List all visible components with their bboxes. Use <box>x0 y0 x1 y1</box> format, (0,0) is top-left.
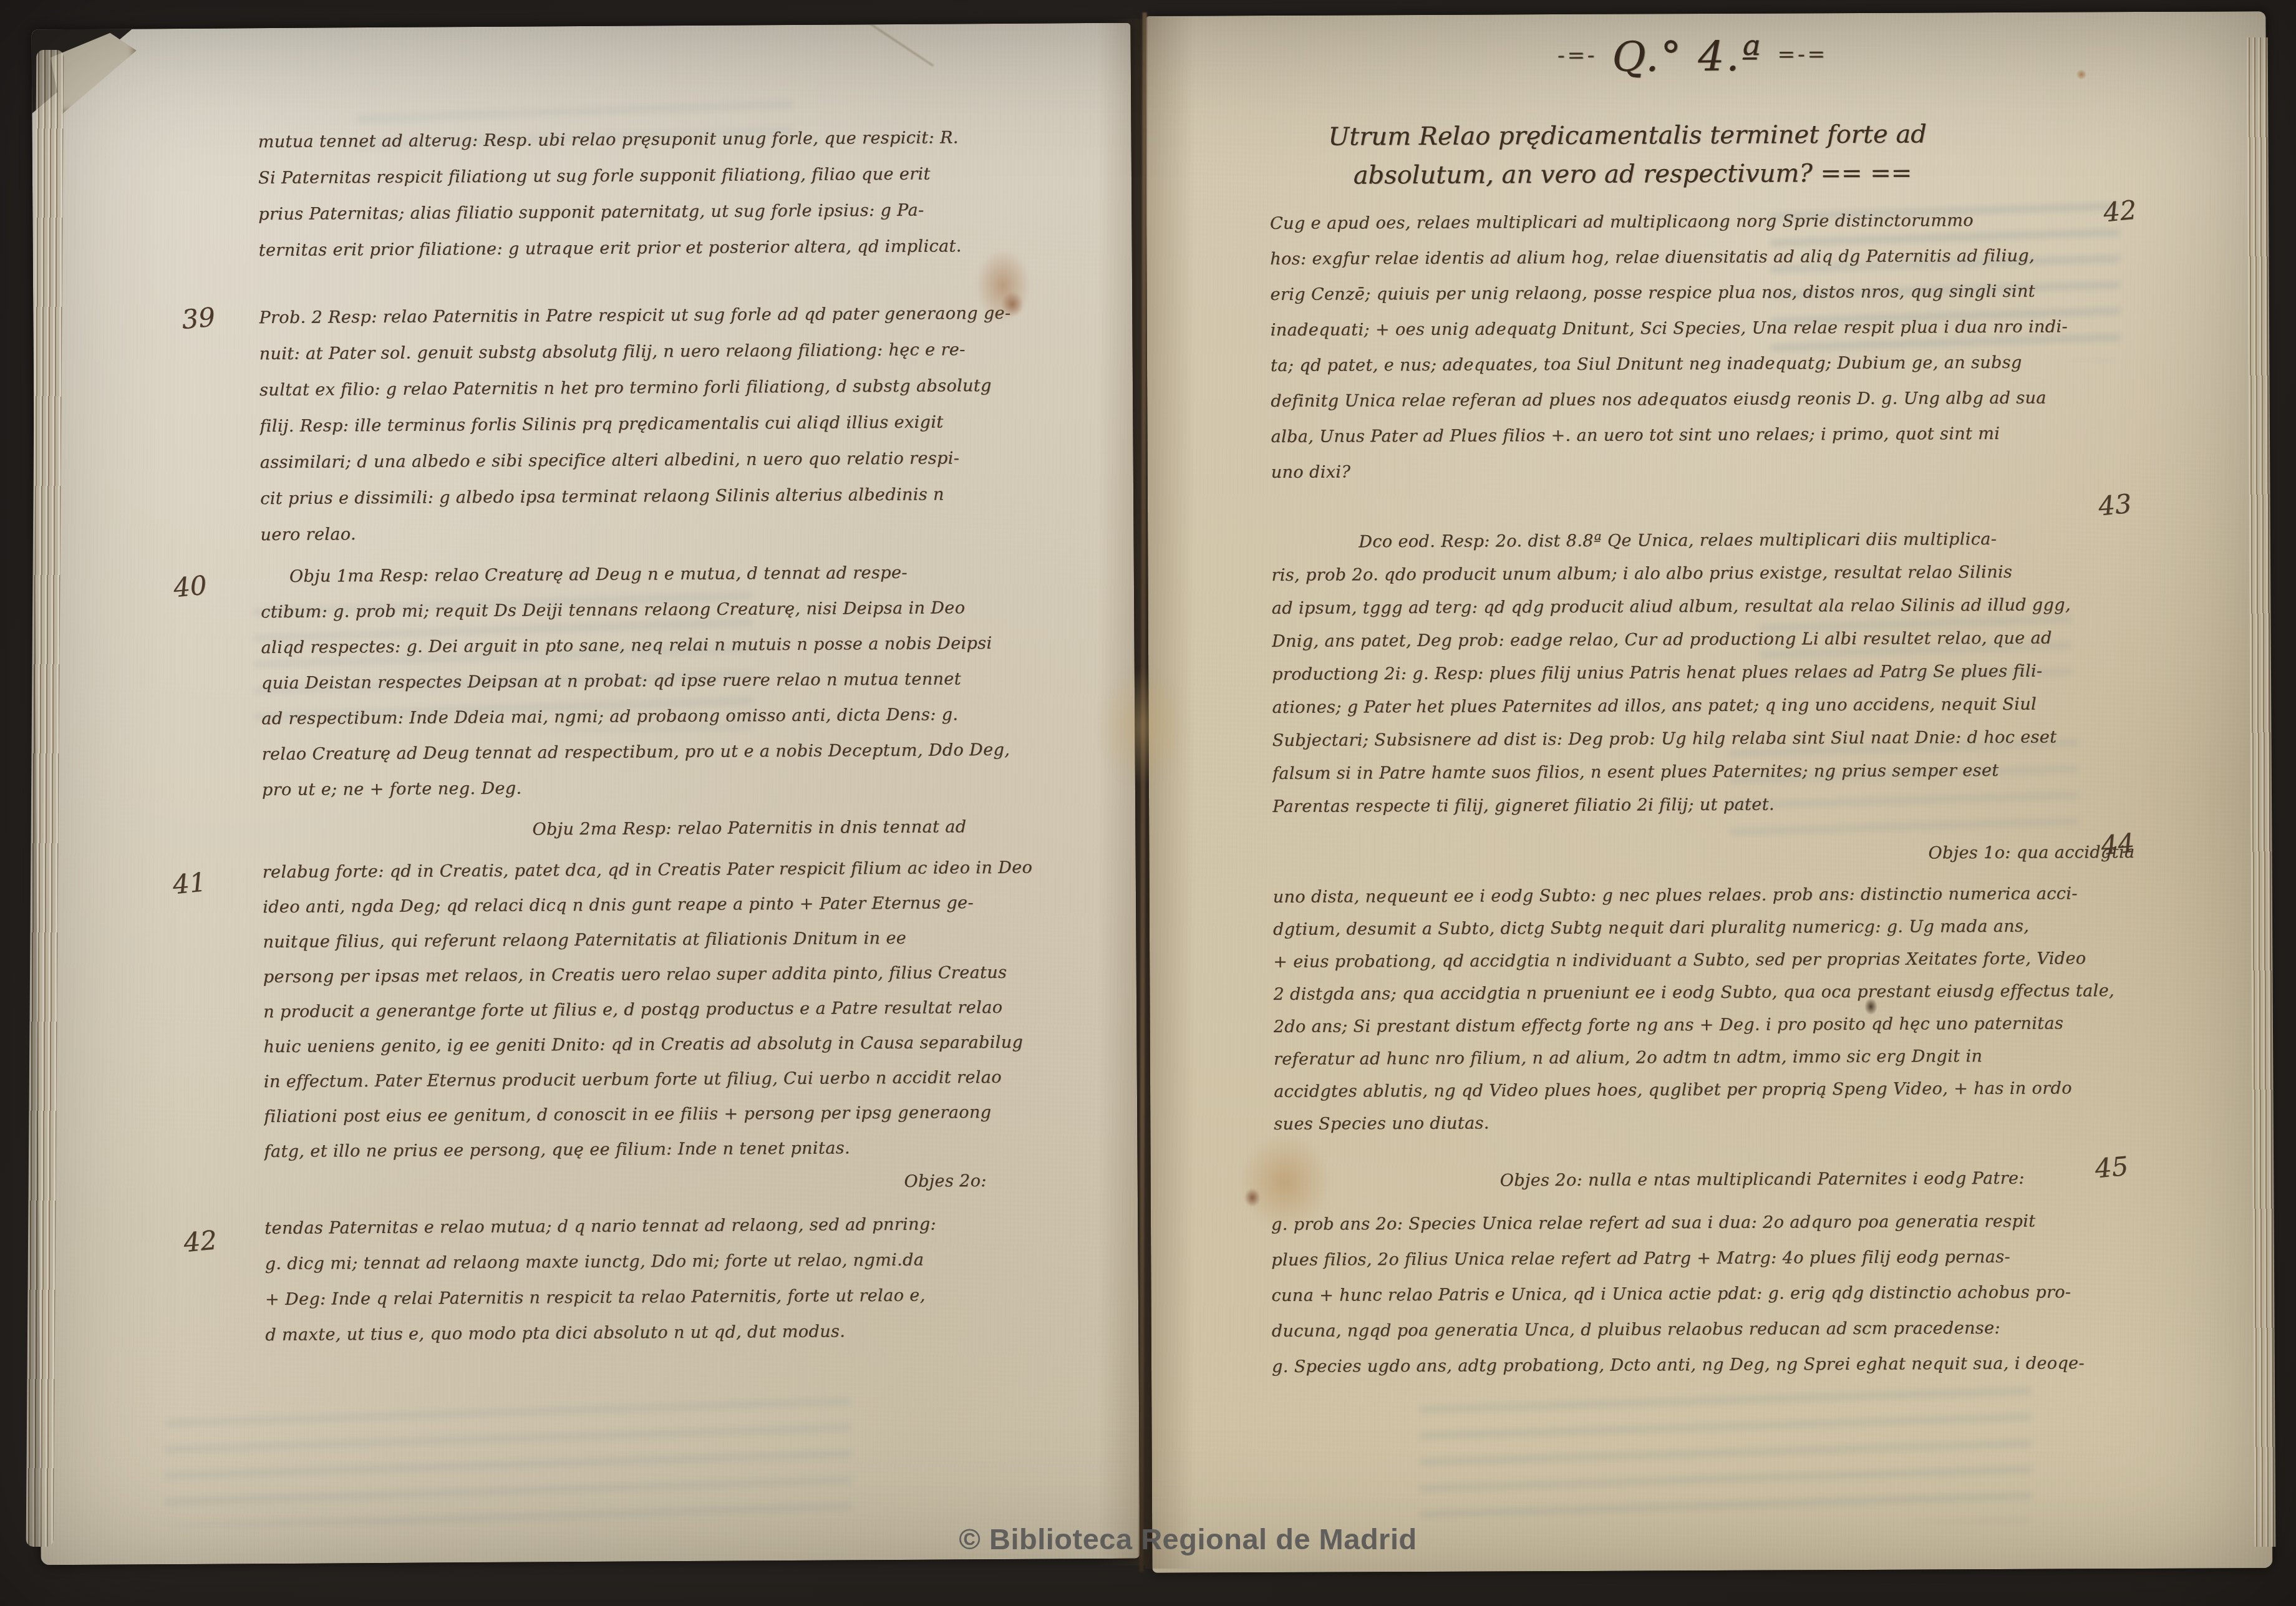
manuscript-line: ducuna, ngqd poa generatia Unca, d pluib… <box>1272 1310 2139 1349</box>
manuscript-line: nuit: at Pater sol. genuit substg absolu… <box>259 331 1098 372</box>
manuscript-line: g. prob ans 2o: Species Unica relae refe… <box>1271 1203 2138 1242</box>
manuscript-line: Dnig, ans patet, Deg prob: eadge relao, … <box>1272 621 2133 658</box>
manuscript-line: Cug e apud oes, relaes multiplicari ad m… <box>1270 202 2131 241</box>
manuscript-line: in effectum. Pater Eternus producit uerb… <box>264 1060 1103 1100</box>
manuscript-line: d maxte, ut tius e, quo modo pta dici ab… <box>265 1312 1104 1353</box>
paragraph-41-heading: Obju 2ma Resp: relao Paternitis in dnis … <box>532 817 966 839</box>
margin-number: 41 <box>172 866 208 900</box>
manuscript-line: Obju 1ma Resp: relao Creaturę ad Deug n … <box>261 554 1100 594</box>
manuscript-line: huic ueniens genito, ig ee geniti Dnito:… <box>263 1025 1102 1065</box>
library-watermark: © Biblioteca Regional de Madrid <box>0 1522 2296 1556</box>
manuscript-line: alba, Unus Pater ad Plues filios +. an u… <box>1271 415 2131 455</box>
paragraph-40: Obju 1ma Resp: relao Creaturę ad Deug n … <box>261 554 1101 808</box>
manuscript-line: assimilari; d una albedo e sibi specific… <box>260 440 1099 481</box>
gutter-shadow <box>1098 19 1145 1565</box>
manuscript-line: ris, prob 2o. qdo producit unum album; i… <box>1271 555 2132 592</box>
question-heading: -=- Q.° 4.ª =-= <box>1557 32 1828 81</box>
paragraph-39: Prob. 2 Resp: relao Paternitis in Patre … <box>259 295 1099 553</box>
manuscript-line: + Deg: Inde q relai Paternitis n respici… <box>265 1277 1104 1317</box>
manuscript-line: cit prius e dissimili: g albedo ipsa ter… <box>260 476 1099 517</box>
ink-showthrough <box>165 1396 851 1526</box>
manuscript-line: definitg Unica relae referan ad plues no… <box>1271 380 2131 419</box>
manuscript-line: cuna + hunc relao Patris e Unica, qd i U… <box>1271 1274 2138 1313</box>
question-title-line: absolutum, an vero ad respectivum? == == <box>1354 159 1912 190</box>
paragraph-44-heading: Objes 1o: qua accidgtia <box>1835 843 2134 863</box>
gutter-shadow <box>1145 16 1195 1569</box>
heading-ornament-left: -=- <box>1557 43 1597 68</box>
manuscript-line: erig Cenzē; quiuis per unig relaong, pos… <box>1270 273 2131 312</box>
manuscript-line: uno dixi? <box>1271 451 2132 490</box>
margin-number: 45 <box>2094 1151 2130 1184</box>
paragraph-42: tendas Paternitas e relao mutua; d q nar… <box>264 1206 1104 1353</box>
paragraph-45r: g. prob ans 2o: Species Unica relae refe… <box>1271 1203 2139 1385</box>
manuscript-line: referatur ad hunc nro filium, n ad alium… <box>1274 1040 2134 1076</box>
manuscript-line: ternitas erit prior filiatione: g utraqu… <box>258 228 1097 269</box>
manuscript-line: n producit a generantge forte ut filius … <box>263 990 1102 1030</box>
left-page: 39 40 41 42 mutua tennet ad alterug: Res… <box>31 23 1140 1565</box>
paragraph-intro: mutua tennet ad alterug: Resp. ubi relao… <box>258 119 1097 269</box>
manuscript-line: Subjectari; Subsisnere ad dist is: Deg p… <box>1272 720 2133 757</box>
manuscript-line: tendas Paternitas e relao mutua; d q nar… <box>264 1206 1103 1246</box>
ink-speck <box>2076 69 2086 79</box>
manuscript-line: plues filios, 2o filius Unica relae refe… <box>1271 1239 2138 1278</box>
manuscript-line: uero relao. <box>260 512 1099 553</box>
paragraph-44r: uno dista, nequeunt ee i eodg Subto: g n… <box>1273 878 2135 1141</box>
manuscript-line: prius Paternitas; alias filiatio supponi… <box>258 191 1097 233</box>
manuscript-line: hos: exgfur relae identis ad alium hog, … <box>1270 238 2131 277</box>
question-title-line: Utrum Relao prędicamentalis terminet for… <box>1328 120 1927 151</box>
manuscript-line: quia Deistan respectes Deipsan at n prob… <box>261 660 1100 701</box>
manuscript-line: pro ut e; ne + forte neg. Deg. <box>262 767 1101 808</box>
fold-crease <box>845 23 934 67</box>
manuscript-line: uno dista, nequeunt ee i eodg Subto: g n… <box>1273 878 2134 914</box>
manuscript-line: dgtium, desumit a Subto, dictg Subtg neq… <box>1273 910 2134 946</box>
manuscript-line: 2do ans; Si prestant distum effectg fort… <box>1274 1007 2134 1043</box>
manuscript-line: sues Species uno diutas. <box>1274 1105 2134 1141</box>
manuscript-line: accidgtes ablutis, ng qd Video plues hoe… <box>1274 1072 2134 1108</box>
manuscript-line: filiationi post eius ee genitum, d conos… <box>264 1095 1103 1134</box>
manuscript-line: g. Species ugdo ans, adtg probationg, Dc… <box>1272 1345 2139 1385</box>
paragraph-41: relabug forte: qd in Creatis, patet dca,… <box>263 850 1103 1169</box>
right-page: 42 43 44 45 -=- Q.° 4.ª =-= Utrum Relao … <box>1146 11 2273 1573</box>
margin-number: 40 <box>172 569 208 603</box>
manuscript-line: falsum si in Patre hamte suos filios, n … <box>1272 753 2133 790</box>
manuscript-line: ideo anti, ngda Deg; qd relaci dicq n dn… <box>263 885 1102 925</box>
paragraph-43r: Dco eod. Resp: 2o. dist 8.8ª Qe Unica, r… <box>1271 522 2133 823</box>
manuscript-line: relabug forte: qd in Creatis, patet dca,… <box>263 850 1102 890</box>
manuscript-line: Prob. 2 Resp: relao Paternitis in Patre … <box>259 295 1098 336</box>
manuscript-line: ad ipsum, tggg ad terg: qd qdg producit … <box>1272 588 2133 625</box>
margin-number: 43 <box>2097 488 2133 522</box>
manuscript-line: ta; qd patet, e nus; adequates, toa Siul… <box>1271 344 2131 384</box>
ink-showthrough <box>1420 1385 2032 1524</box>
margin-number: 39 <box>180 301 216 335</box>
manuscript-line: + eius probationg, qd accidgtia n indivi… <box>1273 942 2134 979</box>
ink-stain <box>1244 1188 1261 1207</box>
manuscript-line: g. dicg mi; tennat ad relaong maxte iunc… <box>264 1241 1103 1282</box>
manuscript-line: ctibum: g. prob mi; requit Ds Deiji tenn… <box>261 589 1100 630</box>
manuscript-line: 2 distgda ans; qua accidgtia n prueniunt… <box>1273 975 2134 1011</box>
manuscript-line: productiong 2i: g. Resp: plues filij uni… <box>1272 654 2133 691</box>
manuscript-line: fatg, et illo ne prius ee persong, quę e… <box>264 1130 1103 1169</box>
manuscript-line: Si Paternitas respicit filiationg ut sug… <box>258 155 1097 196</box>
manuscript-line: filij. Resp: ille terminus forlis Silini… <box>259 404 1098 445</box>
manuscript-line: mutua tennet ad alterug: Resp. ubi relao… <box>258 119 1097 160</box>
manuscript-line: persong per ipsas met relaos, in Creatis… <box>263 955 1102 995</box>
manuscript-line: ationes; g Pater het plues Paternites ad… <box>1272 687 2133 724</box>
manuscript-line: sultat ex filio: g relao Paternitis n he… <box>259 367 1098 409</box>
manuscript-line: Parentas respecte ti filij, gigneret fil… <box>1272 786 2133 823</box>
manuscript-line: Dco eod. Resp: 2o. dist 8.8ª Qe Unica, r… <box>1271 522 2132 559</box>
manuscript-line: nuitque filius, qui referunt relaong Pat… <box>263 920 1102 960</box>
paragraph-42-heading: Objes 2o: <box>781 1171 987 1192</box>
paragraph-45-heading: Objes 2o: nulla e ntas multiplicandi Pat… <box>1500 1169 2025 1191</box>
manuscript-line: ad respectibum: Inde Ddeia mai, ngmi; ad… <box>261 696 1100 737</box>
manuscript-line: relao Creaturę ad Deug tennat ad respect… <box>261 732 1100 772</box>
margin-number: 42 <box>182 1224 218 1258</box>
manuscript-photo: 39 40 41 42 mutua tennet ad alterug: Res… <box>0 0 2296 1606</box>
heading-ornament-right: =-= <box>1777 42 1828 67</box>
manuscript-line: inadequati; + oes unig adequatg Dnitunt,… <box>1271 309 2131 348</box>
paragraph-42r: Cug e apud oes, relaes multiplicari ad m… <box>1270 202 2132 490</box>
manuscript-line: aliqd respectes: g. Dei arguit in pto sa… <box>261 625 1100 665</box>
heading-number: Q.° 4.ª <box>1612 32 1762 81</box>
